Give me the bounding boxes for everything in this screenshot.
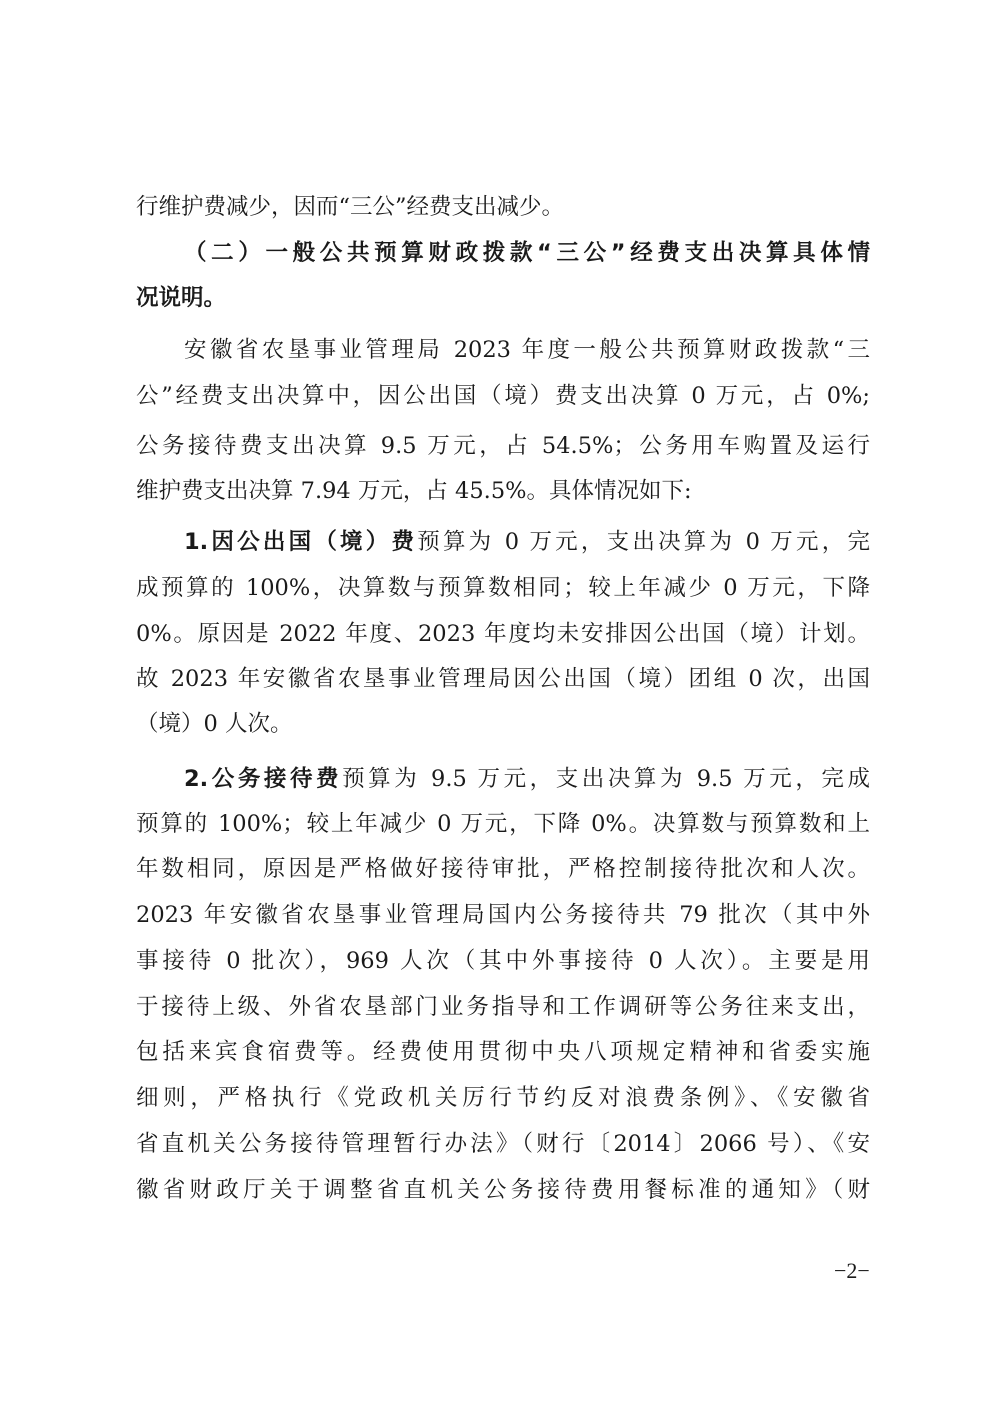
body-text-line: 维护费支出决算 7.94 万元，占 45.5%。具体情况如下: — [136, 476, 870, 506]
body-text-line: 公务接待费支出决算 9.5 万元，占 54.5%；公务用车购置及运行 — [136, 431, 870, 461]
body-text-line: 细则，严格执行《党政机关厉行节约反对浪费条例》、《安徽省 — [136, 1083, 870, 1113]
document-page: 行维护费减少，因而“三公”经费支出减少。 （二）一般公共预算财政拨款“三公”经费… — [0, 0, 1000, 1414]
item-1-text: 预算为 0 万元，支出决算为 0 万元，完 — [417, 529, 870, 555]
item-1-first-line: 1.因公出国（境）费预算为 0 万元，支出决算为 0 万元，完 — [184, 527, 870, 557]
section-heading-continued: 况说明。 — [136, 283, 870, 313]
body-text-line: 包括来宾食宿费等。经费使用贯彻中央八项规定精神和省委实施 — [136, 1037, 870, 1067]
body-text-line: 安徽省农垦事业管理局 2023 年度一般公共预算财政拨款“三 — [184, 335, 870, 365]
item-2-first-line: 2.公务接待费预算为 9.5 万元，支出决算为 9.5 万元，完成 — [184, 764, 870, 794]
section-heading: （二）一般公共预算财政拨款“三公”经费支出决算具体情 — [184, 238, 870, 268]
body-text-line: 年数相同，原因是严格做好接待审批，严格控制接待批次和人次。 — [136, 854, 870, 884]
body-text-line: 0%。原因是 2022 年度、2023 年度均未安排因公出国（境）计划。 — [136, 619, 870, 649]
body-text-line: 于接待上级、外省农垦部门业务指导和工作调研等公务往来支出， — [136, 992, 870, 1022]
page-number: −2− — [834, 1258, 870, 1284]
item-2-text: 预算为 9.5 万元，支出决算为 9.5 万元，完成 — [342, 766, 870, 792]
body-text-line: 预算的 100%；较上年减少 0 万元，下降 0%。决算数与预算数和上 — [136, 809, 870, 839]
item-2-heading: 2.公务接待费 — [184, 766, 342, 792]
body-text-line: 故 2023 年安徽省农垦事业管理局因公出国（境）团组 0 次，出国 — [136, 664, 870, 694]
body-text-line: 成预算的 100%，决算数与预算数相同；较上年减少 0 万元，下降 — [136, 573, 870, 603]
body-text-line: 行维护费减少，因而“三公”经费支出减少。 — [136, 192, 870, 222]
body-text-line: 徽省财政厅关于调整省直机关公务接待费用餐标准的通知》（财 — [136, 1175, 870, 1205]
body-text-line: （境）0 人次。 — [136, 709, 870, 739]
body-text-line: 2023 年安徽省农垦事业管理局国内公务接待共 79 批次（其中外 — [136, 900, 870, 930]
body-text-line: 事接待 0 批次），969 人次（其中外事接待 0 人次）。主要是用 — [136, 946, 870, 976]
body-text-line: 公”经费支出决算中，因公出国（境）费支出决算 0 万元，占 0%; — [136, 381, 870, 411]
body-text-line: 省直机关公务接待管理暂行办法》（财行〔2014〕2066 号）、《安 — [136, 1129, 870, 1159]
item-1-heading: 1.因公出国（境）费 — [184, 529, 417, 555]
